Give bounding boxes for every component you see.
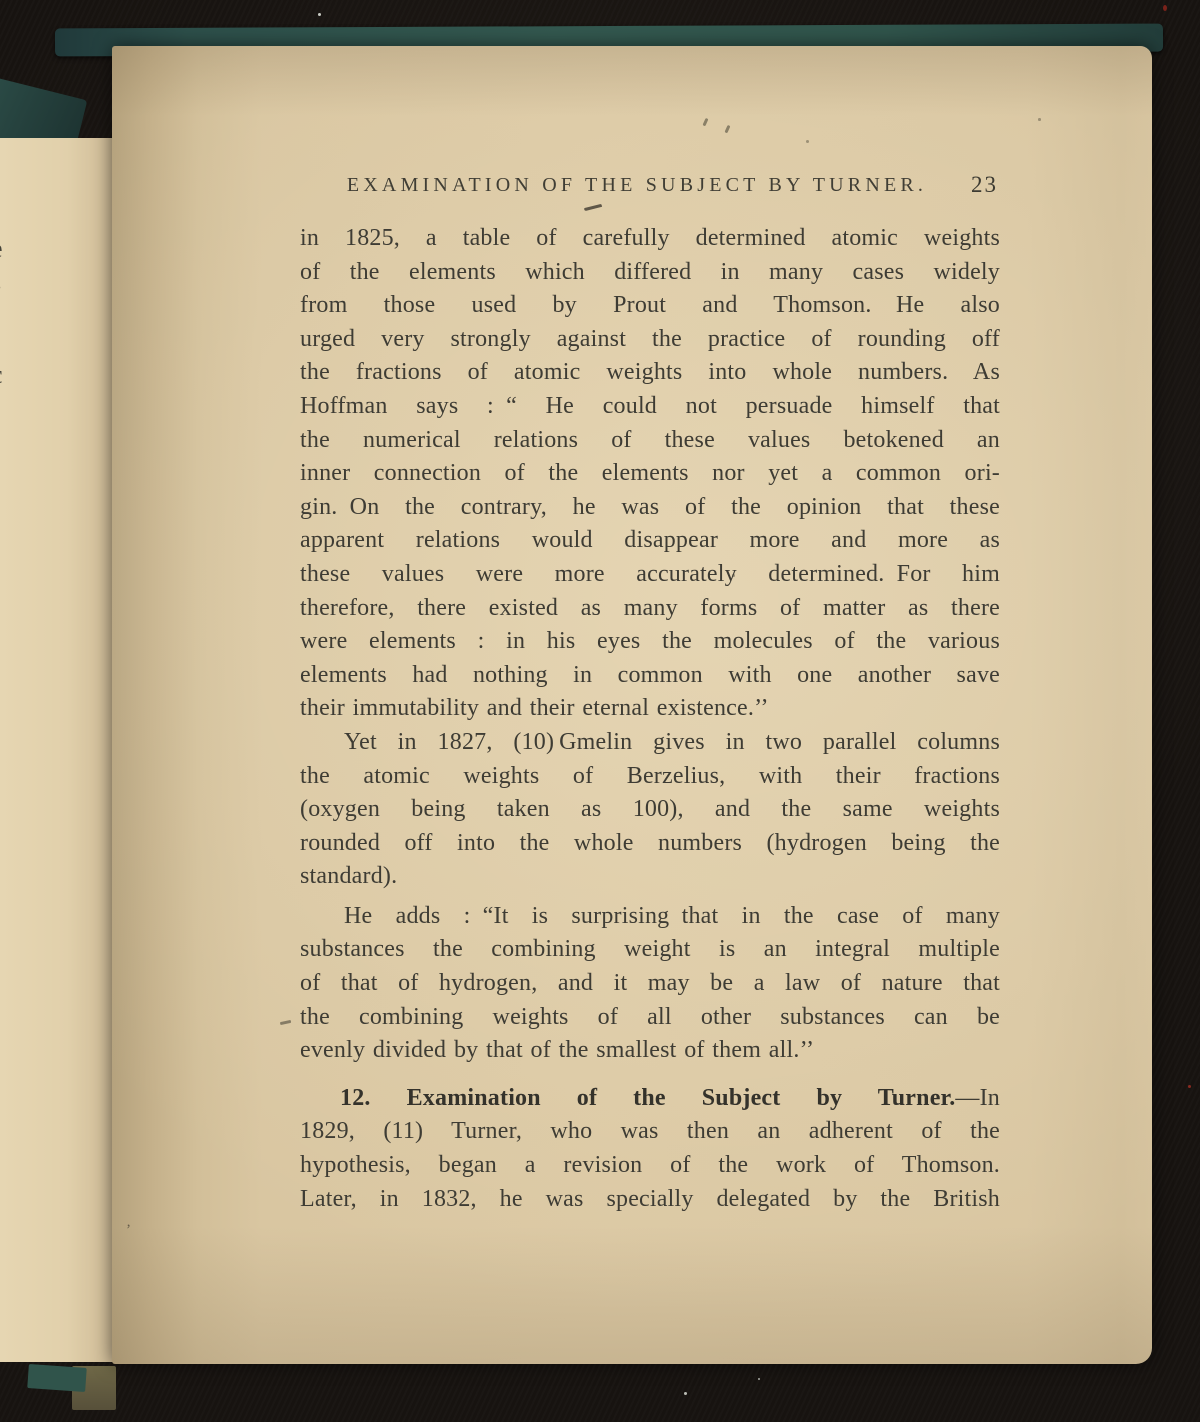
dust-speck — [1188, 1085, 1191, 1088]
book-page: EXAMINATION OF THE SUBJECT BY TURNER. 23… — [112, 46, 1152, 1364]
stray-mark — [806, 140, 809, 143]
stray-mark: ’ — [126, 1222, 131, 1239]
text-line: standard). — [300, 860, 1000, 894]
paragraph: in 1825, a table of carefully determined… — [300, 222, 1000, 726]
text-line: inner connection of the elements nor yet… — [300, 457, 1000, 491]
text-line: the fractions of atomic weights into who… — [300, 356, 1000, 390]
page-number: 23 — [971, 172, 998, 198]
cutoff-letter: e — [0, 234, 11, 264]
paragraph-section-12: 12. Examination of the Subject by Turner… — [300, 1082, 1000, 1216]
text-line: Hoffman says : “ He could not persuade h… — [300, 390, 1000, 424]
text-line: evenly divided by that of the smallest o… — [300, 1034, 1000, 1068]
text-line: from those used by Prout and Thomson. He… — [300, 289, 1000, 323]
text-line: the numerical relations of these values … — [300, 424, 1000, 458]
text-line: apparent relations would disappear more … — [300, 524, 1000, 558]
text-line: Later, in 1832, he was specially delegat… — [300, 1183, 1000, 1217]
dust-speck — [684, 1392, 687, 1395]
section-heading-tail: —In — [955, 1085, 1000, 1111]
book-cover-bottom-edge — [27, 1364, 87, 1392]
text-line: their immutability and their eternal exi… — [300, 692, 1000, 726]
text-line: substances the combining weight is an in… — [300, 933, 1000, 967]
dust-speck — [758, 1378, 760, 1380]
dust-speck — [318, 13, 321, 16]
facing-page-sliver: e s . . c ’ — [0, 138, 122, 1362]
page-text: in 1825, a table of carefully determined… — [300, 222, 1000, 1216]
text-line: rounded off into the whole numbers (hydr… — [300, 827, 1000, 861]
text-line: the combining weights of all other subst… — [300, 1001, 1000, 1035]
text-line: therefore, there existed as many forms o… — [300, 592, 1000, 626]
cutoff-letter: ’ — [0, 396, 11, 426]
text-line: He adds : “It is surprising that in the … — [300, 900, 1000, 934]
cutoff-letter: c — [0, 360, 11, 390]
text-line: 1829, (11) Turner, who was then an adher… — [300, 1115, 1000, 1149]
stray-mark — [1038, 118, 1041, 121]
paragraph: He adds : “It is surprising that in the … — [300, 900, 1000, 1068]
paragraph: Yet in 1827, (10) Gmelin gives in two pa… — [300, 726, 1000, 894]
stray-mark — [724, 125, 730, 133]
text-line: urged very strongly against the practice… — [300, 323, 1000, 357]
cutoff-letter: . — [0, 298, 11, 328]
text-line: of that of hydrogen, and it may be a law… — [300, 967, 1000, 1001]
section-heading: 12. Examination of the Subject by Turner… — [340, 1085, 955, 1111]
stray-mark — [702, 118, 708, 126]
text-line: gin. On the contrary, he was of the opin… — [300, 491, 1000, 525]
book-photograph: e s . . c ’ EXAMINATION OF THE SUBJECT B… — [0, 0, 1200, 1422]
text-line: were elements : in his eyes the molecule… — [300, 625, 1000, 659]
text-line: hypothesis, began a revision of the work… — [300, 1149, 1000, 1183]
stray-mark — [280, 1020, 291, 1025]
text-line: the atomic weights of Berzelius, with th… — [300, 760, 1000, 794]
text-line: of the elements which differed in many c… — [300, 256, 1000, 290]
text-line: in 1825, a table of carefully determined… — [300, 222, 1000, 256]
cutoff-letter: s — [0, 268, 11, 298]
running-header: EXAMINATION OF THE SUBJECT BY TURNER. 23 — [300, 174, 1000, 206]
section-heading-line: 12. Examination of the Subject by Turner… — [300, 1082, 1000, 1116]
cutoff-letter: . — [0, 328, 11, 358]
text-line: these values were more accurately determ… — [300, 558, 1000, 592]
text-line: (oxygen being taken as 100), and the sam… — [300, 793, 1000, 827]
text-line: Yet in 1827, (10) Gmelin gives in two pa… — [300, 726, 1000, 760]
dust-speck — [1163, 5, 1167, 11]
header-title: EXAMINATION OF THE SUBJECT BY TURNER. — [347, 174, 927, 197]
text-line: elements had nothing in common with one … — [300, 659, 1000, 693]
